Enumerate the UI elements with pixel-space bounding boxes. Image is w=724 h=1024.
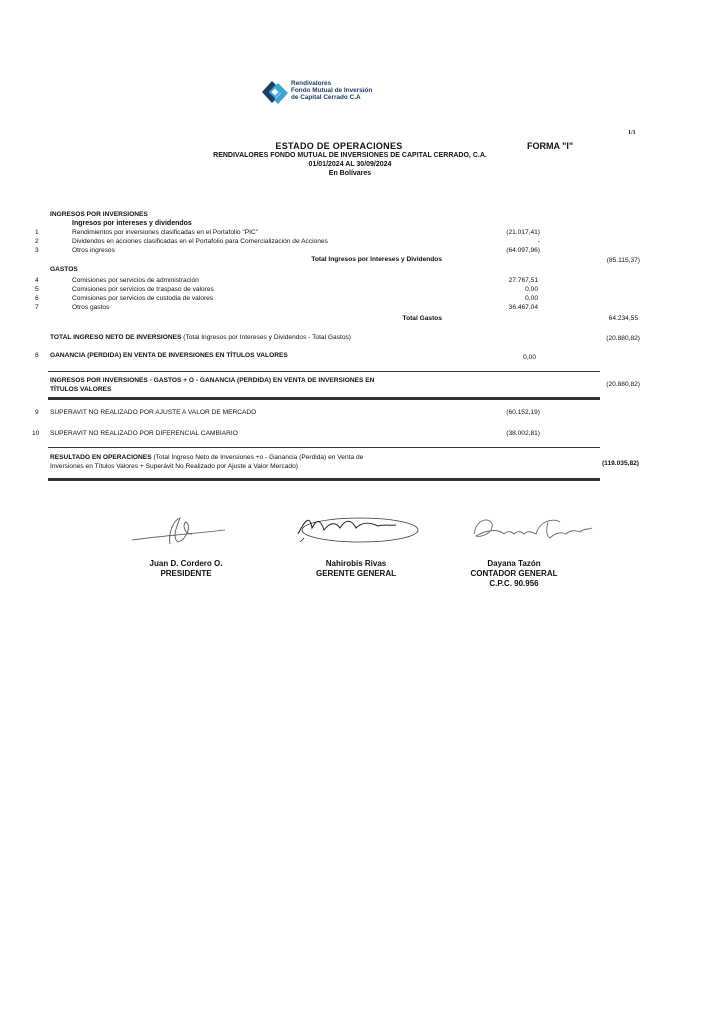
result-value: (119.035,82): [559, 460, 639, 467]
document-title: ESTADO DE OPERACIONES: [200, 141, 478, 151]
result-label: RESULTADO EN OPERACIONES (Total Ingreso …: [50, 453, 363, 471]
total-income-label: Total Ingresos por Intereses y Dividendo…: [250, 256, 442, 263]
subsection-interest: Ingresos por intereses y dividendos: [72, 220, 192, 227]
net-income-label: TOTAL INGRESO NETO DE INVERSIONES (Total…: [50, 334, 351, 341]
signature-juan-icon: [130, 512, 230, 548]
page-number: 1/1: [628, 130, 636, 136]
total-expenses-label: Total Gastos: [300, 315, 442, 322]
company-name: RENDIVALORES FONDO MUTUAL DE INVERSIONES…: [120, 152, 580, 159]
section-income: INGRESOS POR INVERSIONES: [50, 211, 148, 218]
divider: [48, 447, 600, 448]
section-expenses: GASTOS: [50, 266, 78, 273]
thick-divider: [48, 478, 600, 481]
logo-text: Rendivalores Fondo Mutual de Inversión d…: [291, 80, 372, 101]
rendivalores-logo-icon: [258, 76, 292, 110]
subtotal-value: (20.880,82): [560, 381, 640, 388]
currency: En Bolívares: [120, 170, 580, 177]
subtotal-label: INGRESOS POR INVERSIONES - GASTOS + O - …: [50, 376, 374, 394]
divider: [48, 371, 600, 372]
period: 01/01/2024 AL 30/09/2024: [120, 161, 580, 168]
form-label: FORMA "I": [527, 141, 573, 151]
total-income-value: (85.115,37): [560, 257, 640, 264]
signature-nahirobis-icon: [290, 508, 420, 548]
signature-dayana-icon: [470, 514, 600, 544]
thick-divider: [48, 397, 600, 400]
signature-block-president: Juan D. Cordero O. PRESIDENTE: [106, 559, 266, 579]
signature-block-general-manager: Nahirobis Rivas GERENTE GENERAL: [276, 559, 436, 579]
net-income-value: (20.880,82): [560, 335, 640, 342]
signature-block-accountant: Dayana Tazón CONTADOR GENERAL C.P.C. 90.…: [434, 559, 594, 589]
total-expenses-value: 64.234,55: [558, 315, 638, 322]
